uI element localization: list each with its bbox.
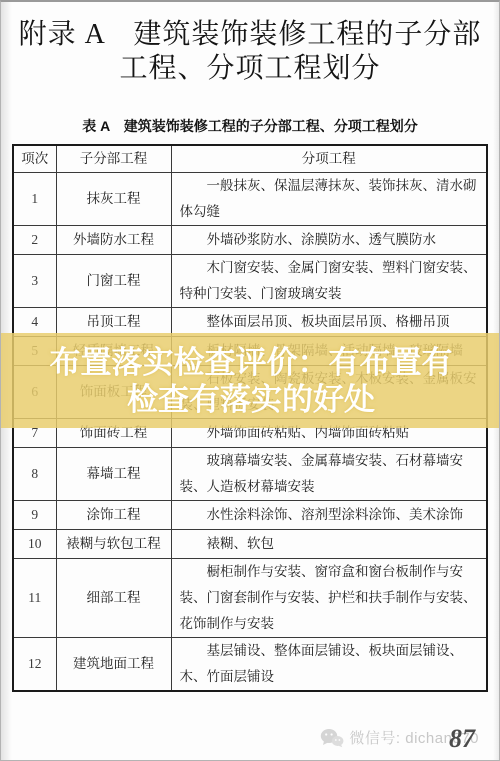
table-row: 3门窗工程木门窗安装、金属门窗安装、塑料门窗安装、特种门安装、门窗玻璃安装 — [13, 255, 487, 308]
cell-num: 8 — [13, 448, 56, 501]
wechat-icon — [320, 728, 344, 748]
cell-num: 1 — [13, 173, 56, 226]
document-page: 附录 A 建筑装饰装修工程的子分部 工程、分项工程划分 表 A 建筑装饰装修工程… — [0, 0, 500, 761]
page-number: 87 — [449, 724, 475, 754]
appendix-title-line1: 附录 A 建筑装饰装修工程的子分部 — [11, 18, 489, 52]
col-header-subdivision: 子分部工程 — [56, 145, 171, 173]
cell-items: 玻璃幕墙安装、金属幕墙安装、石材幕墙安装、人造板材幕墙安装 — [171, 448, 487, 501]
cell-name: 抹灰工程 — [56, 173, 171, 226]
cell-name: 幕墙工程 — [56, 448, 171, 501]
table-row: 9涂饰工程水性涂料涂饰、溶剂型涂料涂饰、美术涂饰 — [13, 501, 487, 530]
cell-num: 3 — [13, 255, 56, 308]
appendix-title-line2: 工程、分项工程划分 — [11, 52, 489, 86]
cell-name: 细部工程 — [56, 559, 171, 638]
cell-name: 门窗工程 — [56, 255, 171, 308]
cell-num: 10 — [13, 530, 56, 559]
cell-items: 橱柜制作与安装、窗帘盒和窗台板制作与安装、门窗套制作与安装、护栏和扶手制作与安装… — [171, 559, 487, 638]
watermark-overlay-band: 布置落实检查评价：有布置有 检查有落实的好处 — [1, 333, 500, 428]
cell-items: 外墙砂浆防水、涂膜防水、透气膜防水 — [171, 226, 487, 255]
appendix-title: 附录 A 建筑装饰装修工程的子分部 工程、分项工程划分 — [11, 18, 489, 86]
overlay-caption-line2: 检查有落实的好处 — [127, 381, 375, 418]
cell-items: 裱糊、软包 — [171, 530, 487, 559]
table-header-row: 项次 子分部工程 分项工程 — [13, 145, 487, 173]
table-row: 10裱糊与软包工程裱糊、软包 — [13, 530, 487, 559]
table-row: 1抹灰工程一般抹灰、保温层薄抹灰、装饰抹灰、清水砌体勾缝 — [13, 173, 487, 226]
cell-name: 外墙防水工程 — [56, 226, 171, 255]
cell-items: 基层铺设、整体面层铺设、板块面层铺设、木、竹面层铺设 — [171, 638, 487, 692]
table-caption: 表 A 建筑装饰装修工程的子分部工程、分项工程划分 — [1, 116, 499, 136]
overlay-caption-line1: 布置落实检查评价：有布置有 — [50, 344, 453, 381]
table-row: 8幕墙工程玻璃幕墙安装、金属幕墙安装、石材幕墙安装、人造板材幕墙安装 — [13, 448, 487, 501]
cell-num: 9 — [13, 501, 56, 530]
col-header-itemized-works: 分项工程 — [171, 145, 487, 173]
table-row: 2外墙防水工程外墙砂浆防水、涂膜防水、透气膜防水 — [13, 226, 487, 255]
table-row: 12建筑地面工程基层铺设、整体面层铺设、板块面层铺设、木、竹面层铺设 — [13, 638, 487, 692]
table-row: 11细部工程橱柜制作与安装、窗帘盒和窗台板制作与安装、门窗套制作与安装、护栏和扶… — [13, 559, 487, 638]
col-header-item-no: 项次 — [13, 145, 56, 173]
cell-items: 一般抹灰、保温层薄抹灰、装饰抹灰、清水砌体勾缝 — [171, 173, 487, 226]
cell-num: 2 — [13, 226, 56, 255]
cell-name: 裱糊与软包工程 — [56, 530, 171, 559]
cell-name: 涂饰工程 — [56, 501, 171, 530]
cell-items: 水性涂料涂饰、溶剂型涂料涂饰、美术涂饰 — [171, 501, 487, 530]
cell-name: 建筑地面工程 — [56, 638, 171, 692]
cell-items: 木门窗安装、金属门窗安装、塑料门窗安装、特种门安装、门窗玻璃安装 — [171, 255, 487, 308]
cell-num: 11 — [13, 559, 56, 638]
cell-num: 12 — [13, 638, 56, 692]
